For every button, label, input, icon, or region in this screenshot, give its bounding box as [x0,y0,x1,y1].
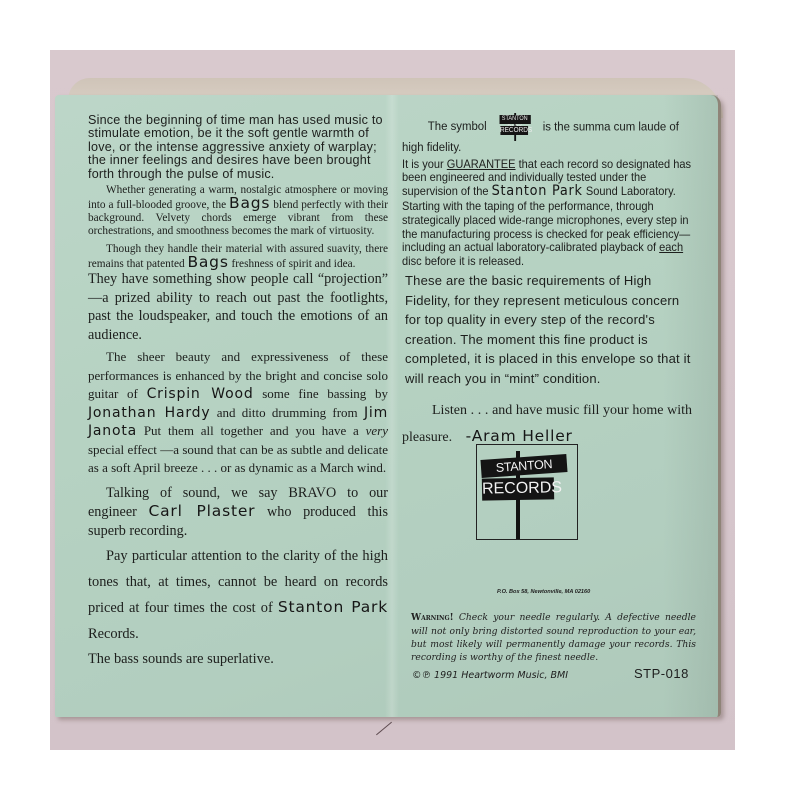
paragraph-high-fidelity: These are the basic requirements of High… [402,271,695,388]
paragraph-guarantee: It is your GUARANTEE that each record so… [402,158,701,199]
handwritten-band-name: Bags [229,194,270,212]
catalog-number: STP-018 [634,666,689,681]
needle-warning: Warning! Check your needle regularly. A … [411,611,696,664]
handwritten-band-name-2: Bags [187,253,228,271]
pencil-mark [376,722,392,736]
handwritten-bassist: Jonathan Hardy [88,405,210,421]
paragraph-bass: The bass sounds are superlative. [88,647,388,673]
handwritten-label-name-2: Stanton Park [492,183,583,199]
paragraph-projection: They have something show people call “pr… [88,270,388,344]
stanton-park-records-logo: STANTON PARK RECORDS [476,444,578,540]
handwritten-guitarist: Crispin Wood [147,386,254,402]
paragraph-manufacturing: Starting with the taping of the performa… [402,200,701,268]
paragraph-atmosphere: Whether generating a warm, nostalgic atm… [88,184,388,238]
intro-paragraph: Since the beginning of time man has used… [88,114,388,181]
handwritten-signature: -Aram Heller [466,427,573,445]
guarantee-word: GUARANTEE [447,157,516,171]
paragraph-clarity: Pay particular attention to the clarity … [88,544,388,647]
paragraph-musicians: The sheer beauty and expressiveness of t… [88,348,388,478]
mailing-address: P.O. Box 58, Newtonville, MA 02160 [497,589,637,595]
paragraph-listen: Listen . . . and have music fill your ho… [402,398,692,450]
copyright-notice: ©℗ 1991 Heartworm Music, BMI [412,670,568,681]
paragraph-symbol: The symbol STANTON PARK RECORDS is the s… [402,113,701,155]
paragraph-engineer: Talking of sound, we say BRAVO to our en… [88,484,388,541]
liner-notes-right: The symbol STANTON PARK RECORDS is the s… [402,113,702,450]
handwritten-engineer: Carl Plaster [149,502,256,520]
stanton-park-logo-small-icon: STANTON PARK RECORDS [499,113,530,141]
liner-notes-left: Since the beginning of time man has used… [88,114,388,673]
paragraph-suavity: Though they handle their material with a… [88,243,388,271]
handwritten-label-name: Stanton Park [278,598,388,616]
